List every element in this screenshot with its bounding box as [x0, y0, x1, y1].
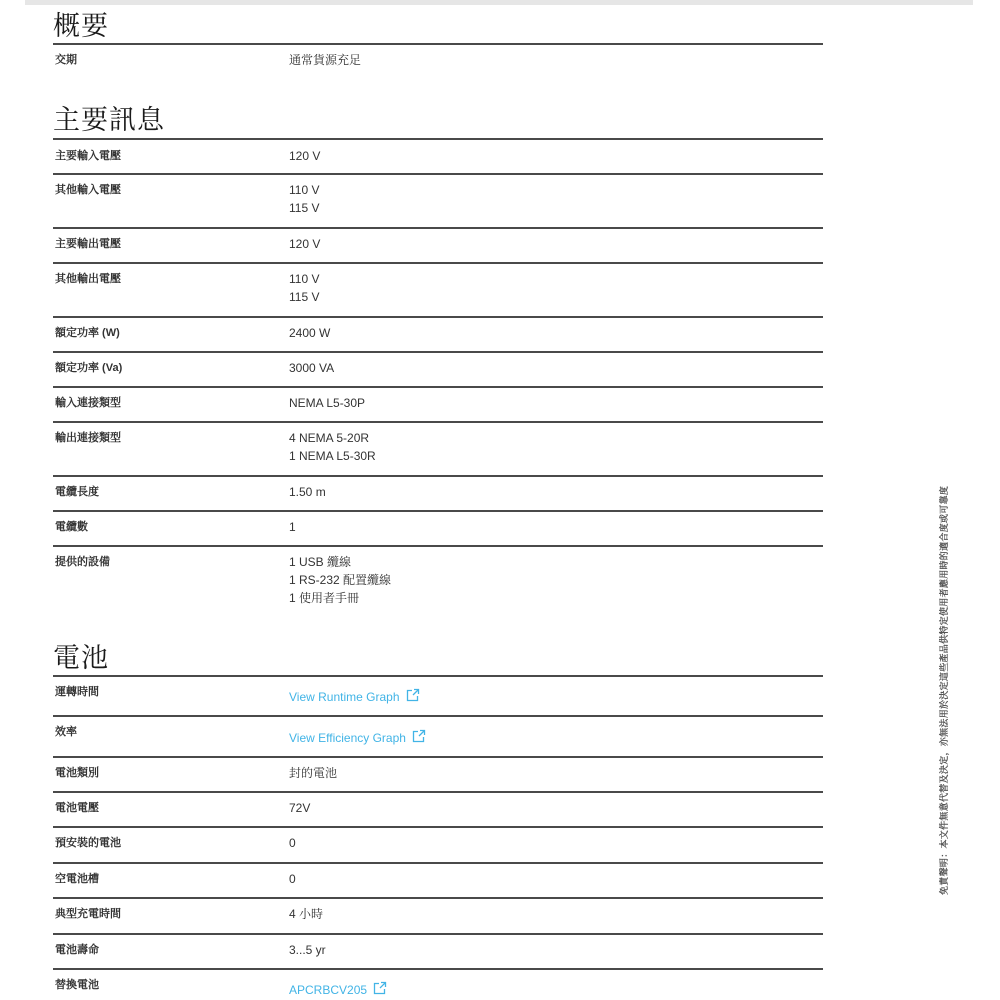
row-rule	[53, 421, 823, 423]
row-label: 替換電池	[55, 978, 99, 992]
row-value: 72V	[289, 799, 310, 817]
value-line: 110 V	[289, 181, 319, 199]
row-rule	[53, 351, 823, 353]
value-line: 2400 W	[289, 324, 330, 342]
row-value: 120 V	[289, 235, 320, 253]
row-value: 4 NEMA 5-20R 1 NEMA L5-30R	[289, 429, 376, 465]
link-text: View Efficiency Graph	[289, 729, 406, 747]
row-label: 其他輸入電壓	[55, 183, 121, 197]
row-value: 4 小時	[289, 905, 323, 923]
row-value: 0	[289, 834, 296, 852]
row-rule	[53, 933, 823, 935]
value-line: 1.50 m	[289, 483, 326, 501]
value-line: 4 NEMA 5-20R	[289, 429, 376, 447]
value-line: 1 RS-232 配置纜線	[289, 571, 391, 589]
section-title: 概要	[53, 11, 109, 41]
link-text: APCRBCV205	[289, 981, 367, 999]
row-value: NEMA L5-30P	[289, 394, 365, 412]
row-value: 1 USB 纜線 1 RS-232 配置纜線 1 使用者手冊	[289, 553, 391, 607]
row-label: 額定功率 (W)	[55, 326, 120, 340]
row-value: APCRBCV205	[289, 981, 387, 999]
value-line: 120 V	[289, 235, 320, 253]
row-value: 0	[289, 870, 296, 888]
link-text: View Runtime Graph	[289, 688, 400, 706]
row-value: 通常貨源充足	[289, 51, 361, 69]
view-efficiency-graph-link[interactable]: View Efficiency Graph	[289, 729, 426, 747]
value-line: 0	[289, 834, 296, 852]
value-line: 115 V	[289, 288, 319, 306]
row-rule	[53, 262, 823, 264]
value-line: 72V	[289, 799, 310, 817]
value-line: 1 使用者手冊	[289, 589, 391, 607]
row-rule	[53, 968, 823, 970]
row-label: 效率	[55, 725, 77, 739]
row-label: 運轉時間	[55, 685, 99, 699]
row-value: 3...5 yr	[289, 941, 326, 959]
value-line: 通常貨源充足	[289, 51, 361, 69]
row-value: 110 V 115 V	[289, 270, 319, 306]
row-rule	[53, 475, 823, 477]
row-label: 主要輸出電壓	[55, 237, 121, 251]
row-value: 1.50 m	[289, 483, 326, 501]
row-label: 電池電壓	[55, 801, 99, 815]
value-line: 1 USB 纜線	[289, 553, 391, 571]
external-link-icon	[373, 981, 387, 995]
row-value: View Runtime Graph	[289, 688, 420, 706]
row-rule	[53, 173, 823, 175]
external-link-icon	[412, 729, 426, 743]
row-rule	[53, 227, 823, 229]
row-value: 2400 W	[289, 324, 330, 342]
row-value: 120 V	[289, 147, 320, 165]
value-line: NEMA L5-30P	[289, 394, 365, 412]
value-line: 110 V	[289, 270, 319, 288]
section-rule	[53, 675, 823, 677]
view-runtime-graph-link[interactable]: View Runtime Graph	[289, 688, 420, 706]
row-label: 輸出連接類型	[55, 431, 121, 445]
row-label: 預安裝的電池	[55, 836, 121, 850]
row-rule	[53, 545, 823, 547]
value-line: 3...5 yr	[289, 941, 326, 959]
row-rule	[53, 862, 823, 864]
value-line: 4 小時	[289, 905, 323, 923]
row-label: 電池壽命	[55, 943, 99, 957]
top-bar	[25, 0, 973, 5]
row-rule	[53, 791, 823, 793]
value-line: 封的電池	[289, 764, 337, 782]
row-rule	[53, 715, 823, 717]
value-line: 1	[289, 518, 296, 536]
row-label: 空電池槽	[55, 872, 99, 886]
section-rule	[53, 138, 823, 140]
replacement-battery-link[interactable]: APCRBCV205	[289, 981, 387, 999]
row-label: 電纜數	[55, 520, 88, 534]
row-rule	[53, 316, 823, 318]
value-line: 1 NEMA L5-30R	[289, 447, 376, 465]
row-value: 1	[289, 518, 296, 536]
row-label: 電池類別	[55, 766, 99, 780]
row-label: 額定功率 (Va)	[55, 361, 122, 375]
row-rule	[53, 510, 823, 512]
value-line: 120 V	[289, 147, 320, 165]
row-label: 主要輸入電壓	[55, 149, 121, 163]
row-rule	[53, 826, 823, 828]
value-line: 3000 VA	[289, 359, 334, 377]
section-title: 主要訊息	[53, 105, 165, 135]
row-value: 3000 VA	[289, 359, 334, 377]
section-title: 電池	[53, 643, 109, 673]
row-rule	[53, 756, 823, 758]
section-rule	[53, 43, 823, 45]
row-value: View Efficiency Graph	[289, 729, 426, 747]
external-link-icon	[406, 688, 420, 702]
row-rule	[53, 897, 823, 899]
row-label: 輸入連接類型	[55, 396, 121, 410]
row-value: 110 V 115 V	[289, 181, 319, 217]
disclaimer-text: 免責聲明：本文件無意代替及決定，亦無法用於決定這些產品供特定使用者應用時的適合度…	[937, 486, 950, 895]
row-label: 其他輸出電壓	[55, 272, 121, 286]
row-label: 交期	[55, 53, 77, 67]
value-line: 115 V	[289, 199, 319, 217]
row-rule	[53, 386, 823, 388]
row-label: 提供的設備	[55, 555, 110, 569]
row-label: 典型充電時間	[55, 907, 121, 921]
row-value: 封的電池	[289, 764, 337, 782]
row-label: 電纜長度	[55, 485, 99, 499]
value-line: 0	[289, 870, 296, 888]
